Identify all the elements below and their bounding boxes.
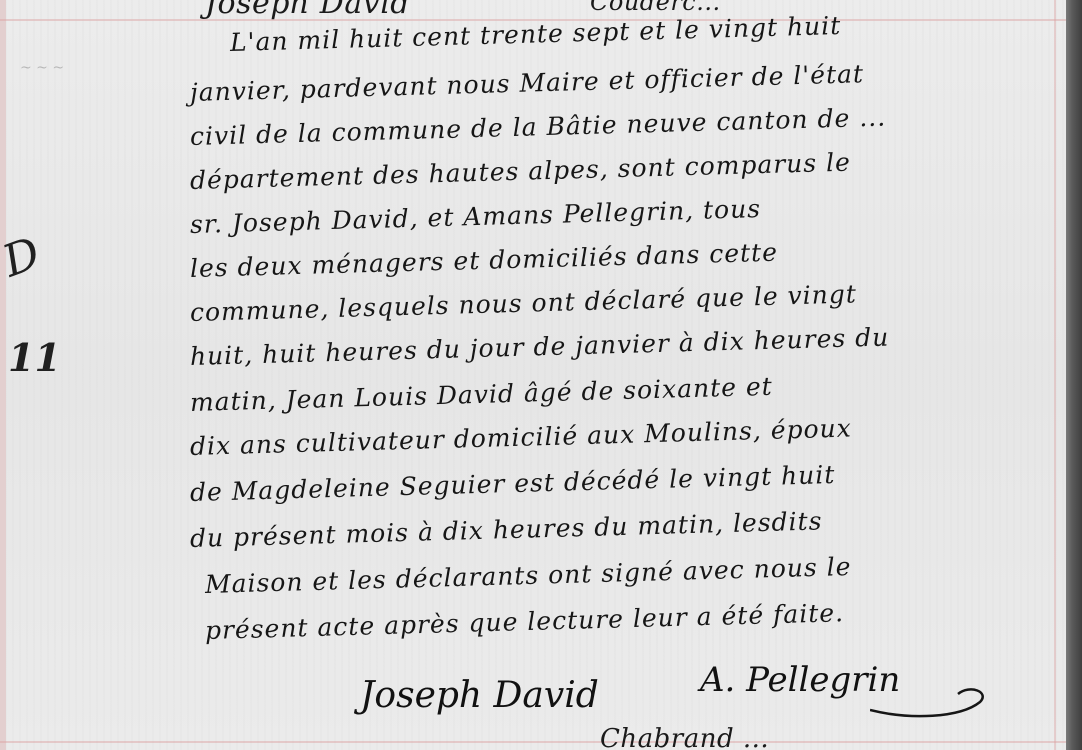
bottom-red-rule (0, 741, 1066, 743)
body-line: civil de la commune de la Bâtie neuve ca… (190, 103, 887, 151)
page-left-edge (0, 0, 6, 750)
document-page: ~ ~ ~ Joseph David Couderc... D 11 L'an … (0, 0, 1066, 750)
body-line: les deux ménagers et domiciliés dans cet… (190, 238, 779, 283)
body-line: commune, lesquels nous ont déclaré que l… (190, 279, 858, 327)
signature-flourish-icon (870, 680, 990, 720)
body-line: dix ans cultivateur domicilié aux Moulin… (190, 414, 853, 461)
body-line: janvier, pardevant nous Maire et officie… (190, 59, 865, 107)
body-line: de Magdeleine Seguier est décédé le ving… (190, 460, 836, 507)
right-red-rule (1054, 0, 1056, 750)
margin-d-mark: D (0, 228, 47, 288)
body-line: matin, Jean Louis David âgé de soixante … (190, 372, 774, 417)
book-binding-edge (1066, 0, 1082, 750)
entry-number: 11 (8, 335, 61, 380)
body-line: présent acte après que lecture leur a ét… (205, 598, 845, 645)
signature-bottom-partial: Chabrand ... (600, 724, 769, 750)
body-line: huit, huit heures du jour de janvier à d… (190, 322, 890, 371)
body-line: Maison et les déclarants ont signé avec … (205, 552, 852, 599)
body-line: sr. Joseph David, et Amans Pellegrin, to… (190, 194, 762, 239)
body-line: département des hautes alpes, sont compa… (190, 148, 852, 195)
signature-joseph-david: Joseph David (360, 675, 599, 716)
bleed-through-text: ~ ~ ~ (20, 60, 64, 76)
header-right-partial: Couderc... (590, 0, 721, 16)
body-line: du présent mois à dix heures du matin, l… (190, 506, 823, 553)
header-name: Joseph David (205, 0, 410, 21)
